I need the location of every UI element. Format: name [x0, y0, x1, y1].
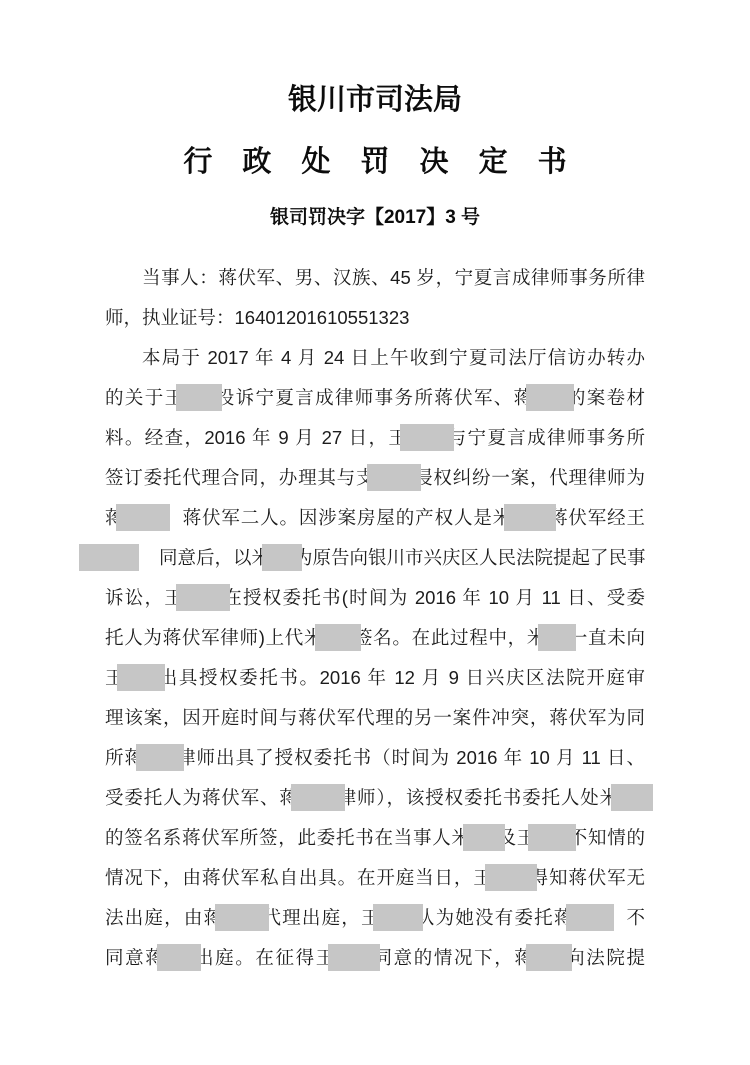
text-line: 料。经查，2016 年 9 月 27 日，王与宁夏言成律师事务所: [105, 418, 645, 458]
redaction-box: [176, 584, 230, 611]
text-segment: 受委托人为蒋伏军、蒋: [105, 787, 299, 808]
redaction-box: [566, 904, 614, 931]
text-segment: 托人为蒋伏军律师)上代米: [105, 627, 323, 648]
agency-name: 银川市司法局: [0, 82, 750, 118]
text-segment: 不知情的: [568, 827, 645, 848]
document-type-title: 行 政 处 罚 决 定 书: [0, 144, 750, 180]
text-segment: 在授权委托书(时间为 2016 年 10 月 11 日、受委: [222, 587, 645, 608]
text-segment: 认为她没有委托蒋: [415, 907, 574, 928]
text-segment: 理该案，因开庭时间与蒋伏军代理的另一案件冲突，蒋伏军为同: [105, 707, 645, 728]
text-segment: 同意的情况下，蒋: [372, 947, 535, 968]
text-segment: 一直未向: [568, 627, 645, 648]
text-segment: 的关于王: [105, 387, 184, 408]
redaction-box: [538, 624, 576, 651]
text-line: 当事人：蒋伏军、男、汉族、45 岁，宁夏言成律师事务所律: [105, 258, 645, 298]
text-line: 法出庭，由蒋代理出庭，王认为她没有委托蒋，不: [105, 898, 645, 938]
text-line: 同意蒋出庭。在征得王同意的情况下，蒋向法院提: [105, 938, 645, 978]
text-line: 诉讼，王在授权委托书(时间为 2016 年 10 月 11 日、受委: [105, 578, 645, 618]
text-segment: 签名。在此过程中，米: [353, 627, 546, 648]
text-line: 理该案，因开庭时间与蒋伏军代理的另一案件冲突，蒋伏军为同: [105, 698, 645, 738]
redaction-box: [526, 384, 574, 411]
redaction-box: [328, 944, 380, 971]
redaction-box: [526, 944, 572, 971]
scanned-document-page: 银川市司法局 行 政 处 罚 决 定 书 银司罚决字【2017】3 号 当事人：…: [0, 0, 750, 1065]
text-segment: 诉讼，王: [105, 587, 184, 608]
text-line: 所蒋律师出具了授权委托书（时间为 2016 年 10 月 11 日、: [105, 738, 645, 778]
text-segment: 蒋伏军经王: [548, 507, 645, 528]
redaction-box: [315, 624, 361, 651]
text-line: 本局于 2017 年 4 月 24 日上午收到宁夏司法厅信访办转办: [105, 338, 645, 378]
text-line: 的关于王投诉宁夏言成律师事务所蒋伏军、蒋的案卷材: [105, 378, 645, 418]
text-line: 师，执业证号：16401201610551323: [105, 298, 645, 338]
text-segment: 律师），该授权委托书委托人处米: [337, 787, 619, 808]
document-body: 当事人：蒋伏军、男、汉族、45 岁，宁夏言成律师事务所律师，执业证号：16401…: [0, 258, 750, 978]
redaction-box: [215, 904, 269, 931]
text-segment: 得知蒋伏军无: [529, 867, 645, 888]
text-segment: 侵权纠纷一案，代理律师为: [413, 467, 645, 488]
text-segment: 代理出庭，王: [261, 907, 380, 928]
redaction-box: [400, 424, 454, 451]
redaction-box: [611, 784, 653, 811]
text-line: 受委托人为蒋伏军、蒋律师），该授权委托书委托人处米: [105, 778, 645, 818]
text-segment: 本局于 2017 年 4 月 24 日上午收到宁夏司法厅信访办转办: [142, 347, 645, 368]
redaction-box: [262, 544, 302, 571]
text-line: 王出具授权委托书。2016 年 12 月 9 日兴庆区法院开庭审: [105, 658, 645, 698]
text-line: 托人为蒋伏军律师)上代米签名。在此过程中，米一直未向: [105, 618, 645, 658]
redaction-box: [176, 384, 222, 411]
redaction-box: [116, 504, 170, 531]
text-segment: 同意后，以米: [159, 547, 270, 568]
text-segment: 为原告向银川市兴庆区人民法院提起了民事: [294, 547, 646, 568]
text-segment: 的案卷材: [566, 387, 645, 408]
text-line: 签订委托代理合同，办理其与支侵权纠纷一案，代理律师为: [105, 458, 645, 498]
text-segment: 律师出具了授权委托书（时间为 2016 年 10 月 11 日、: [176, 747, 645, 768]
text-line: 情况下，由蒋伏军私自出具。在开庭当日，王得知蒋伏军无: [105, 858, 645, 898]
text-segment: 情况下，由蒋伏军私自出具。在开庭当日，王: [105, 867, 493, 888]
redaction-box: [117, 664, 165, 691]
redaction-box: [367, 464, 421, 491]
redaction-box: [136, 744, 184, 771]
text-segment: 同意蒋: [105, 947, 165, 968]
redaction-box: [79, 544, 139, 571]
text-segment: 当事人：蒋伏军、男、汉族、45 岁，宁夏言成律师事务所律: [142, 267, 645, 288]
text-segment: 出具授权委托书。2016 年 12 月 9 日兴庆区法院开庭审: [157, 667, 645, 688]
text-segment: 法出庭，由蒋: [105, 907, 223, 928]
text-segment: 投诉宁夏言成律师事务所蒋伏军、蒋: [214, 387, 533, 408]
text-segment: 出庭。在征得王: [193, 947, 335, 968]
text-line: 蒋、蒋伏军二人。因涉案房屋的产权人是米蒋伏军经王: [105, 498, 645, 538]
text-segment: 向法院提: [564, 947, 645, 968]
redaction-box: [528, 824, 576, 851]
redaction-box: [157, 944, 201, 971]
text-segment: 师，执业证号：16401201610551323: [105, 307, 409, 328]
text-line: 的签名系蒋伏军所签，此委托书在当事人米及王不知情的: [105, 818, 645, 858]
redaction-box: [463, 824, 505, 851]
text-segment: 、蒋伏军二人。因涉案房屋的产权人是米: [162, 507, 512, 528]
text-segment: 与宁夏言成律师事务所: [446, 427, 645, 448]
redaction-box: [504, 504, 556, 531]
redaction-box: [485, 864, 537, 891]
text-line: 同意后，以米为原告向银川市兴庆区人民法院提起了民事: [105, 538, 645, 578]
redaction-box: [291, 784, 345, 811]
text-segment: 签订委托代理合同，办理其与支: [105, 467, 375, 488]
redaction-box: [373, 904, 423, 931]
text-segment: 的签名系蒋伏军所签，此委托书在当事人米: [105, 827, 471, 848]
document-number: 银司罚决字【2017】3 号: [0, 204, 750, 232]
text-segment: 料。经查，2016 年 9 月 27 日，王: [105, 427, 408, 448]
